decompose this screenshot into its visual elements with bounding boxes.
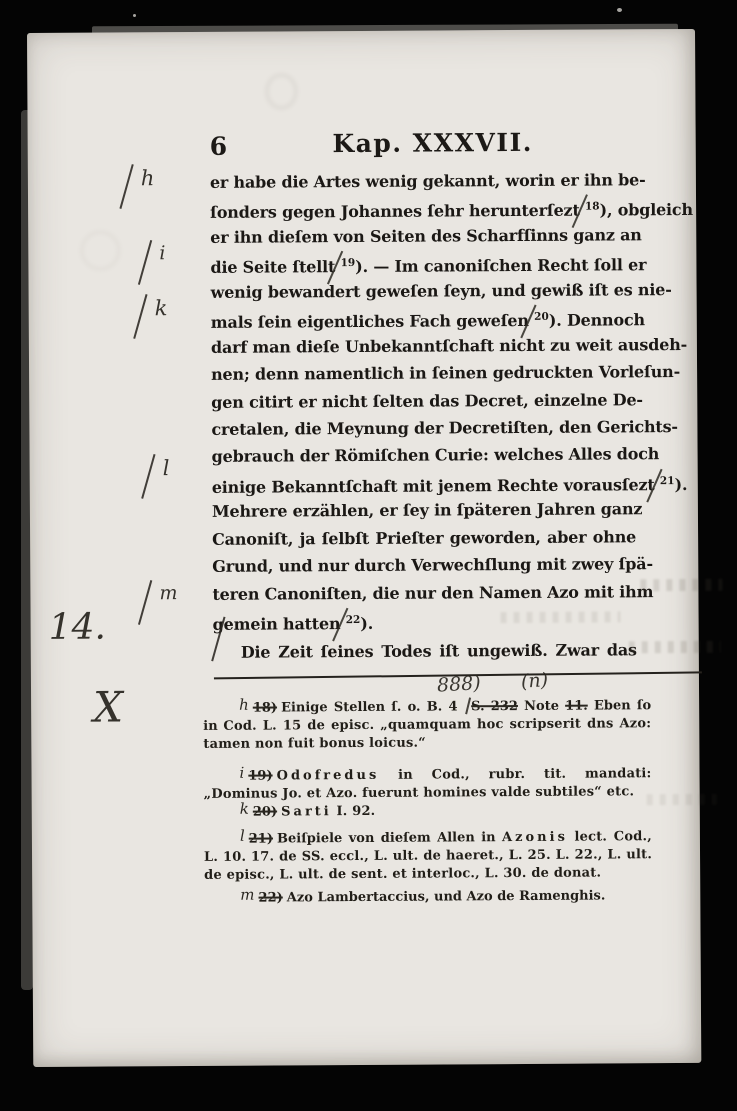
body-text-line: Grund, und nur durch Verwechſlung mit zw… <box>212 550 636 580</box>
footnote: m22)Azo Lambertaccius, und Azo de Rameng… <box>204 885 652 908</box>
handwritten-correction: 888) <box>436 672 481 697</box>
footnote-text: Einige Stellen ſ. o. B. 4 <box>281 699 464 715</box>
body-text-line: gebrauch der Römiſchen Curie: welches Al… <box>212 441 636 471</box>
body-text-line: gen citirt er nicht ſelten das Decret, e… <box>211 386 635 416</box>
body-text-line: ſonders gegen Johannes ſehr herunterſezt… <box>210 194 634 224</box>
footnote-reference: 21 <box>660 475 675 487</box>
book-page: 6 Kap. XXXVII. er habe die Artes wenig g… <box>27 29 701 1067</box>
body-text-line: darf man dieſe Unbekanntſchaft nicht zu … <box>211 331 635 361</box>
chapter-heading: Kap. XXXVII. <box>278 128 588 159</box>
body-text-line: wenig bewandert geweſen ſeyn, und gewiß … <box>211 276 635 306</box>
body-text-line: Mehrere erzählen, er ſey in ſpäteren Jah… <box>212 496 636 526</box>
footnote-number-struck: 18) <box>253 700 277 715</box>
body-text-line: die Seite ſtellt 19). — Im canoniſchen R… <box>210 249 634 279</box>
body-text-line: Die Zeit ſeines Todes iſt ungewiß. Zwar … <box>213 637 637 667</box>
body-text-line: einige Bekanntſchaft mit jenem Rechte vo… <box>212 468 636 498</box>
handwritten-stroke <box>138 580 152 625</box>
footnote-number-struck: 19) <box>248 769 272 784</box>
body-text-line: Canoniſt, ja ſelbſt Prieſter geworden, a… <box>212 523 636 553</box>
footnote: i19)Odofredus in Cod., rubr. tit. mandat… <box>203 763 651 804</box>
footnote-text: Cod. L. 15 de episc. „quamquam hoc scrip… <box>203 716 651 752</box>
handwritten-stroke <box>141 454 155 499</box>
paper-stain <box>265 73 297 109</box>
paper-stain <box>80 230 120 270</box>
handwritten-correction: (n) <box>520 669 548 693</box>
struck-text: S. 232 <box>471 699 518 714</box>
footnote-reference: 18 <box>585 201 600 213</box>
footnote-text: Sarti <box>281 804 332 819</box>
scan-speck <box>617 8 622 12</box>
body-text-line: er ihn dieſem von Seiten des Scharfſinns… <box>210 221 634 251</box>
handwritten-label: l <box>163 456 170 480</box>
handwritten-letter: h <box>239 696 249 714</box>
scan-speck <box>133 14 136 17</box>
handwritten-stroke <box>119 164 133 209</box>
handwritten-label: i <box>159 242 165 264</box>
footnote-reference: 19 <box>341 257 356 269</box>
handwritten-stroke <box>138 240 152 285</box>
footnote: l21)Beiſpiele von dieſem Allen in Azonis… <box>204 826 652 885</box>
body-text-line: cretalen, die Meynung der Decretiſten, d… <box>211 413 635 443</box>
footnote: k20)Sarti I. 92. <box>204 799 652 822</box>
handwritten-strike <box>332 608 348 642</box>
handwritten-stroke <box>133 294 147 339</box>
handwritten-letter: m <box>240 886 254 904</box>
handwritten-slash <box>465 697 470 714</box>
handwritten-letter: k <box>240 800 249 818</box>
footnote-reference: 22 <box>346 614 361 626</box>
body-text-line: er habe die Artes wenig gekannt, worin e… <box>210 166 634 196</box>
handwritten-label: 14. <box>49 607 107 648</box>
struck-text: 11. <box>565 699 588 714</box>
footnote-text: Beiſpiele von dieſem Allen in <box>277 830 502 846</box>
handwritten-label: h <box>141 166 155 190</box>
footnote-text: Azonis <box>502 830 568 845</box>
handwritten-letter: i <box>239 764 244 782</box>
body-text-line: teren Canoniſten, die nur den Namen Azo … <box>212 578 636 608</box>
footnote: h18)Einige Stellen ſ. o. B. 4 S. 232 Not… <box>203 695 651 754</box>
footnote-number-struck: 20) <box>253 804 277 819</box>
footnote-text: I. 92. <box>332 804 376 819</box>
handwritten-letter: l <box>240 827 245 845</box>
footnote-number-struck: 22) <box>258 890 282 905</box>
handwritten-label: X <box>93 682 123 731</box>
bleed-through-smudge <box>629 641 721 654</box>
body-text-line: nen; denn namentlich in ſeinen gedruckte… <box>211 358 635 388</box>
handwritten-label: k <box>155 296 168 320</box>
bleed-through-smudge <box>501 611 621 623</box>
handwritten-strike <box>646 469 662 503</box>
handwritten-label: m <box>159 582 177 604</box>
footnote-text: Note <box>518 699 565 714</box>
footnote-number-struck: 21) <box>249 832 273 847</box>
body-text-line: mals ſein eigentliches Fach geweſen 20).… <box>211 303 635 333</box>
bleed-through-smudge <box>647 794 717 805</box>
bleed-through-smudge <box>640 579 722 592</box>
footnote-text: Azo Lambertaccius, und Azo de Ramenghis. <box>287 888 606 905</box>
footnote-text: Odofredus <box>277 768 380 784</box>
main-text-block: er habe die Artes wenig gekannt, worin e… <box>210 166 637 666</box>
page-number: 6 <box>210 132 229 161</box>
footnote-reference: 20 <box>534 311 549 323</box>
